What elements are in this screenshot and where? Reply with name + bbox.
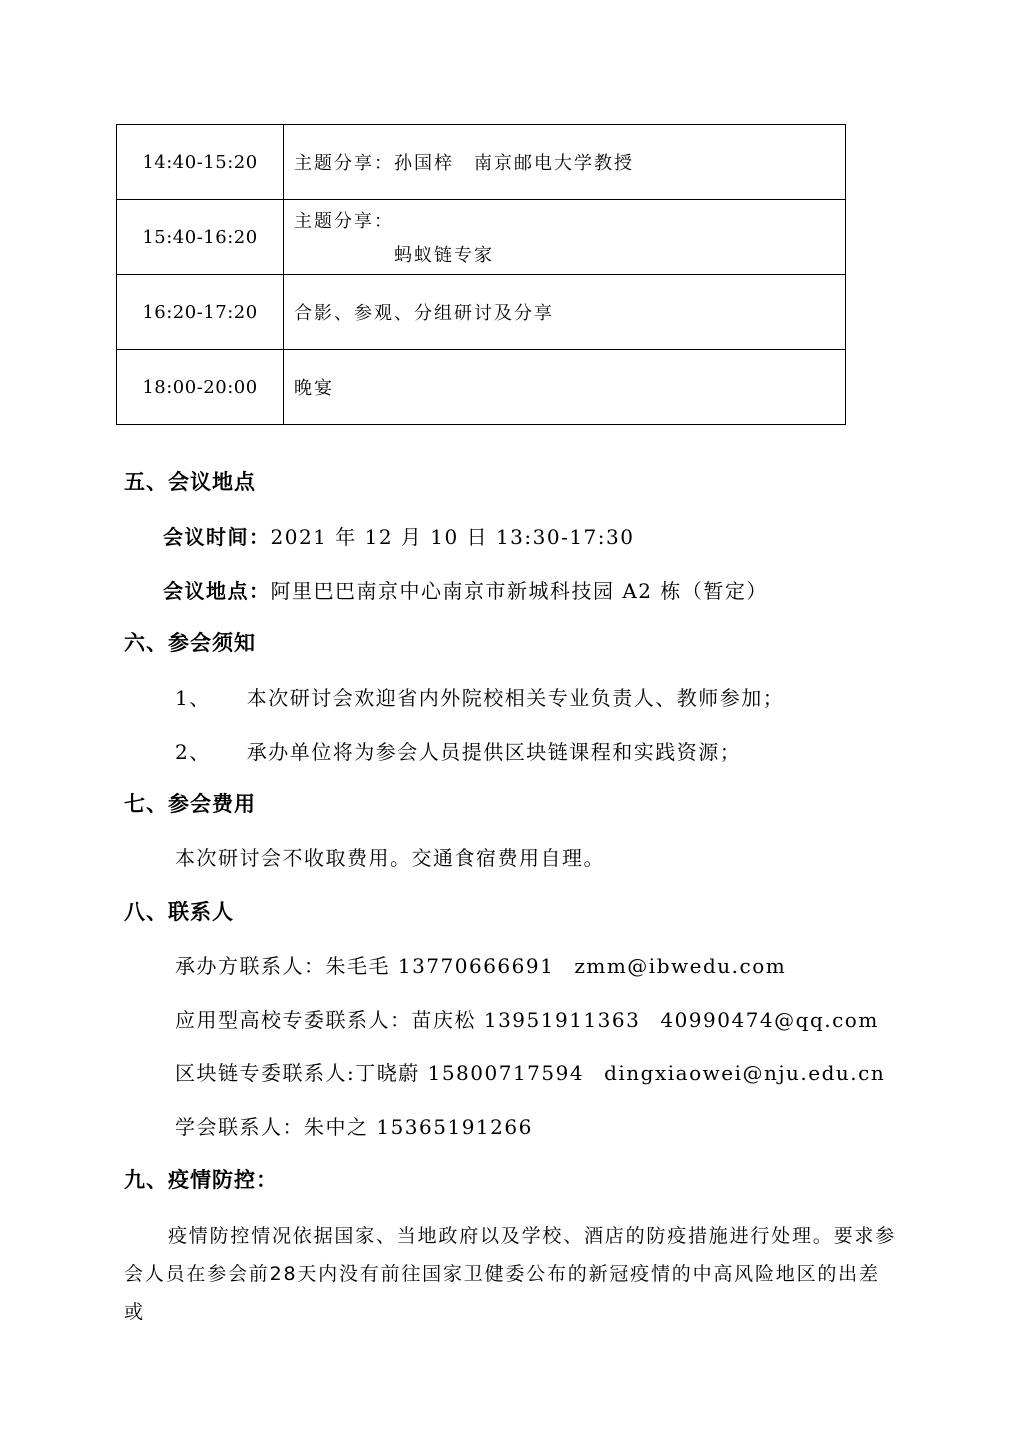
contact-phone: 13951911363: [484, 1008, 640, 1032]
contact-name: 朱中之: [304, 1115, 369, 1139]
contact-name: 丁晓蔚: [355, 1061, 420, 1085]
desc-cell: 晚宴: [284, 350, 846, 425]
meeting-place: 会议地点：阿里巴巴南京中心南京市新城科技园 A2 栋（暂定）: [163, 575, 768, 604]
contact-label: 承办方联系人：: [175, 954, 326, 978]
contact-email[interactable]: dingxiaowei@nju.edu.cn: [604, 1061, 885, 1085]
time-cell: 16:20-17:20: [117, 275, 284, 350]
meeting-place-label: 会议地点：: [163, 579, 271, 603]
notice-item-text: 本次研讨会欢迎省内外院校相关专业负责人、教师参加；: [247, 686, 785, 710]
contact-row: 应用型高校专委联系人：苗庆松 1395191136340990474@qq.co…: [175, 1004, 879, 1033]
notice-item: 2、承办单位将为参会人员提供区块链课程和实践资源；: [175, 736, 741, 765]
contact-name: 朱毛毛: [326, 954, 391, 978]
contact-email[interactable]: zmm@ibwedu.com: [574, 954, 786, 978]
table-row: 14:40-15:20 主题分享：孙国梓 南京邮电大学教授: [117, 125, 846, 200]
table-row: 18:00-20:00 晚宴: [117, 350, 846, 425]
time-cell: 15:40-16:20: [117, 200, 284, 275]
document-page: 14:40-15:20 主题分享：孙国梓 南京邮电大学教授 15:40-16:2…: [0, 0, 1024, 1447]
section-heading-notice: 六、参会须知: [124, 627, 256, 657]
time-cell: 14:40-15:20: [117, 125, 284, 200]
notice-item-num: 1、: [175, 686, 211, 710]
notice-item-num: 2、: [175, 740, 211, 764]
table-row: 15:40-16:20 主题分享： 蚂蚁链专家: [117, 200, 846, 275]
desc-line2: 蚂蚁链专家: [294, 241, 845, 267]
meeting-time-label: 会议时间：: [163, 525, 271, 549]
schedule-table: 14:40-15:20 主题分享：孙国梓 南京邮电大学教授 15:40-16:2…: [116, 124, 846, 425]
desc-line1: 主题分享：: [294, 211, 394, 232]
time-cell: 18:00-20:00: [117, 350, 284, 425]
desc-cell: 主题分享： 蚂蚁链专家: [284, 200, 846, 275]
epidemic-text: 疫情防控情况依据国家、当地政府以及学校、酒店的防疫措施进行处理。要求参会人员在参…: [124, 1225, 896, 1323]
contact-email[interactable]: 40990474@qq.com: [660, 1008, 878, 1032]
fees-text: 本次研讨会不收取费用。交通食宿费用自理。: [175, 842, 605, 871]
contact-phone: 13770666691: [398, 954, 554, 978]
section-heading-location: 五、会议地点: [124, 466, 256, 496]
meeting-place-value: 阿里巴巴南京中心南京市新城科技园 A2 栋（暂定）: [271, 579, 768, 603]
section-heading-contacts: 八、联系人: [124, 896, 234, 926]
epidemic-paragraph: 疫情防控情况依据国家、当地政府以及学校、酒店的防疫措施进行处理。要求参会人员在参…: [124, 1217, 900, 1331]
notice-item: 1、本次研讨会欢迎省内外院校相关专业负责人、教师参加；: [175, 682, 784, 711]
desc-cell: 主题分享：孙国梓 南京邮电大学教授: [284, 125, 846, 200]
contact-row: 学会联系人：朱中之 15365191266: [175, 1111, 533, 1140]
meeting-time: 会议时间：2021 年 12 月 10 日 13:30-17:30: [163, 521, 634, 550]
meeting-time-value: 2021 年 12 月 10 日 13:30-17:30: [271, 525, 635, 549]
desc-cell: 合影、参观、分组研讨及分享: [284, 275, 846, 350]
section-heading-fees: 七、参会费用: [124, 788, 256, 818]
contact-label: 学会联系人：: [175, 1115, 304, 1139]
contact-phone: 15800717594: [428, 1061, 584, 1085]
contact-row: 区块链专委联系人:丁晓蔚 15800717594dingxiaowei@nju.…: [175, 1057, 885, 1086]
contact-label: 应用型高校专委联系人：: [175, 1008, 412, 1032]
contact-row: 承办方联系人：朱毛毛 13770666691zmm@ibwedu.com: [175, 950, 786, 979]
table-row: 16:20-17:20 合影、参观、分组研讨及分享: [117, 275, 846, 350]
contact-phone: 15365191266: [376, 1115, 532, 1139]
section-heading-epidemic: 九、疫情防控：: [124, 1164, 278, 1194]
contact-label: 区块链专委联系人:: [175, 1061, 355, 1085]
notice-item-text: 承办单位将为参会人员提供区块链课程和实践资源；: [247, 740, 742, 764]
contact-name: 苗庆松: [412, 1008, 477, 1032]
